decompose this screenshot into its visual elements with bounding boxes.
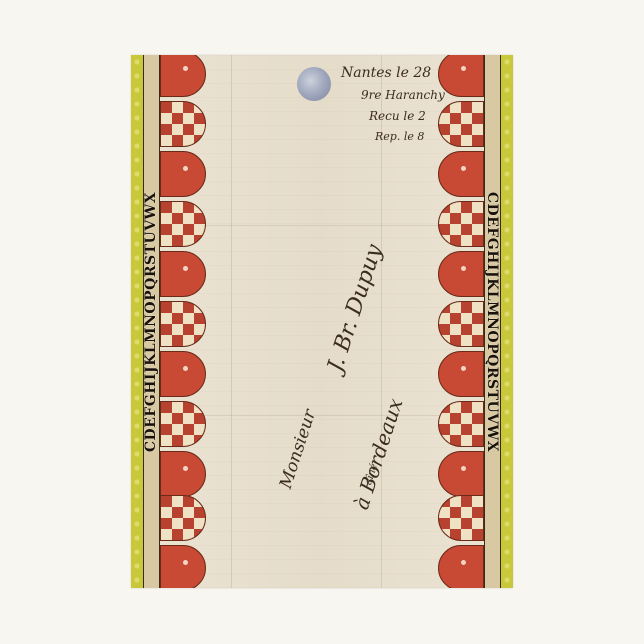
address-name: J. Br. Dupuy bbox=[323, 242, 388, 375]
checkered-tab bbox=[438, 401, 484, 447]
right-scallop-border bbox=[436, 55, 484, 588]
wax-seal bbox=[297, 67, 331, 101]
red-dot-tab bbox=[438, 55, 484, 97]
checkered-tab bbox=[438, 301, 484, 347]
left-yellow-ribbon bbox=[131, 55, 143, 588]
checkered-tab bbox=[160, 301, 206, 347]
red-dot-tab bbox=[160, 351, 206, 397]
red-dot-tab bbox=[160, 55, 206, 97]
left-alphabet-strip: CDEFGHIJKLMNOPQRSTUVWX bbox=[143, 55, 160, 588]
left-scallop-border bbox=[160, 55, 208, 588]
right-alphabet-strip: CDEFGHIJKLMNOPQRSTUVWX bbox=[484, 55, 501, 588]
checkered-tab bbox=[160, 401, 206, 447]
address-city: à Bordeaux bbox=[349, 395, 407, 512]
checkered-tab bbox=[160, 495, 206, 541]
red-dot-tab bbox=[438, 451, 484, 497]
checkered-tab bbox=[160, 201, 206, 247]
alphabet-text: CDEFGHIJKLMNOPQRSTUVWX bbox=[485, 191, 501, 451]
business-card: CDEFGHIJKLMNOPQRSTUVWX Nantes le 28 9re … bbox=[131, 55, 513, 588]
checkered-tab bbox=[438, 495, 484, 541]
red-dot-tab bbox=[438, 251, 484, 297]
letter-header-line: Nantes le 28 bbox=[341, 65, 431, 81]
checkered-tab bbox=[160, 101, 206, 147]
letter-header-line: 9re Haranchy bbox=[361, 88, 445, 102]
red-dot-tab bbox=[160, 151, 206, 197]
letter-header-line: Rep. le 8 bbox=[375, 130, 424, 143]
checkered-tab bbox=[438, 201, 484, 247]
red-dot-tab bbox=[438, 351, 484, 397]
alphabet-text: CDEFGHIJKLMNOPQRSTUVWX bbox=[144, 191, 160, 451]
address-salutation: Monsieur bbox=[276, 407, 320, 491]
checkered-tab bbox=[438, 101, 484, 147]
red-dot-tab bbox=[438, 151, 484, 197]
letter-header-line: Recu le 2 bbox=[369, 109, 426, 123]
red-dot-tab bbox=[438, 545, 484, 588]
fold-line bbox=[231, 55, 232, 588]
red-dot-tab bbox=[160, 251, 206, 297]
red-dot-tab bbox=[160, 545, 206, 588]
red-dot-tab bbox=[160, 451, 206, 497]
right-yellow-ribbon bbox=[501, 55, 513, 588]
